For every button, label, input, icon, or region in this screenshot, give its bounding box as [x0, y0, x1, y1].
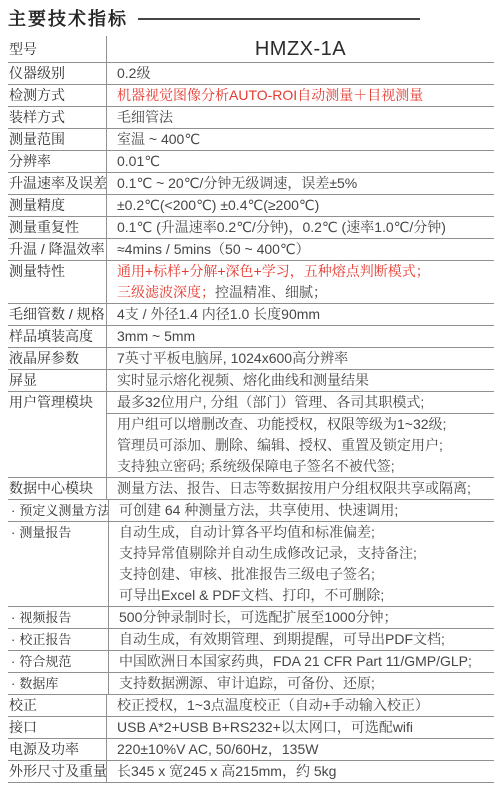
spec-row-model: 型号 HMZX-1A — [8, 36, 494, 63]
spec-value: 3mm ~ 5mm — [106, 326, 494, 347]
spec-value: 支持数据溯源、审计追踪，可备份、还原; — [108, 673, 494, 694]
bullet-dot: · — [11, 632, 15, 647]
spec-row: ·校正报告 自动生成，有效期管理、到期提醒，可导出PDF文档; — [8, 629, 494, 651]
spec-sublabel: ·数据库 — [8, 673, 108, 694]
spec-row: ·数据库 支持数据溯源、审计追踪，可备份、还原; — [8, 673, 494, 695]
spec-row: 屏显 实时显示熔化视频、熔化曲线和测量结果 — [8, 370, 494, 392]
spec-value-line: 支持异常值剔除并自动生成修改记录，支持备注; — [109, 543, 494, 564]
spec-row: 仪器级别 0.2级 — [8, 63, 494, 85]
spec-label: 屏显 — [8, 370, 106, 391]
spec-row: 测量范围 室温 ~ 400℃ — [8, 129, 494, 151]
spec-table: 型号 HMZX-1A 仪器级别 0.2级 检测方式 机器视觉图像分析AUTO-R… — [8, 36, 494, 783]
spec-label: 测量重复性 — [8, 217, 106, 238]
spec-value: 自动生成，有效期管理、到期提醒，可导出PDF文档; — [108, 629, 494, 650]
spec-label-text: 符合规范 — [19, 654, 71, 669]
spec-row: 液晶屏参数 7英寸平板电脑屏, 1024x600高分辨率 — [8, 348, 494, 370]
spec-label: 升温速率及误差 — [8, 173, 106, 194]
spec-label-text: 测量报告 — [19, 525, 71, 540]
spec-value: 220±10%V AC, 50/60Hz，135W — [106, 739, 494, 760]
spec-label: 接口 — [8, 717, 106, 738]
spec-value: 中国欧洲日本国家药典，FDA 21 CFR Part 11/GMP/GLP; — [108, 651, 494, 672]
spec-row: ·符合规范 中国欧洲日本国家药典，FDA 21 CFR Part 11/GMP/… — [8, 651, 494, 673]
page-title: 主要技术指标 — [8, 5, 128, 31]
spec-value-highlight: 机器视觉图像分析AUTO-ROI自动测量＋目视测量 — [106, 85, 494, 106]
spec-value: 实时显示熔化视频、熔化曲线和测量结果 — [106, 370, 494, 391]
spec-label: 毛细管数 / 规格 — [8, 304, 106, 325]
title-underline — [138, 18, 420, 20]
spec-row: 数据中心模块 测量方法、报告、日志等数据按用户分组权限共享或隔离; — [8, 478, 494, 500]
spec-value-multiline: 通用+标样+分解+深色+学习，五种熔点判断模式； 三级滤波深度；控温精准、细腻； — [106, 261, 494, 303]
spec-label: 测量精度 — [8, 195, 106, 216]
spec-value-line: 管理员可添加、删除、编辑、授权、重置及锁定用户; — [107, 435, 494, 456]
spec-value-line: 支持独立密码; 系统级保障电子签名不被代签; — [107, 456, 494, 477]
spec-row: ·视频报告 500分钟录制时长，可选配扩展至1000分钟； — [8, 607, 494, 629]
spec-sublabel: ·测量报告 — [8, 522, 108, 606]
spec-label-text: 预定义测量方法 — [19, 503, 108, 518]
spec-row: 电源及功率 220±10%V AC, 50/60Hz，135W — [8, 739, 494, 761]
spec-row-user-management: 用户管理模块 最多32位用户, 分组（部门）管理、各司其职模式; 用户组可以增删… — [8, 392, 494, 478]
spec-value-line: 通用+标样+分解+深色+学习，五种熔点判断模式； — [107, 261, 494, 282]
spec-value: 长345 x 宽245 x 高215mm，约 5kg — [106, 761, 494, 782]
spec-label: 型号 — [8, 36, 106, 62]
spec-value: 0.1℃ ~ 20℃/分钟无级调速，误差±5% — [106, 173, 494, 194]
spec-value: USB A*2+USB B+RS232+以太网口，可选配wifi — [106, 717, 494, 738]
spec-value-line: 用户组可以增删改查、功能授权，权限等级为1~32级; — [107, 414, 494, 435]
bullet-dot: · — [11, 654, 15, 669]
spec-label: 升温 / 降温效率 — [8, 239, 106, 260]
spec-value: ±0.2℃(<200℃) ±0.4℃(≥200℃) — [106, 195, 494, 216]
bullet-dot: · — [11, 610, 15, 625]
spec-row: 接口 USB A*2+USB B+RS232+以太网口，可选配wifi — [8, 717, 494, 739]
spec-value: 4支 / 外径1.4 内径1.0 长度90mm — [106, 304, 494, 325]
spec-label-text: 校正报告 — [19, 632, 71, 647]
spec-value: 7英寸平板电脑屏, 1024x600高分辨率 — [106, 348, 494, 369]
spec-value: 校正授权，1~3点温度校正（自动+手动输入校正） — [106, 695, 494, 716]
spec-label: 数据中心模块 — [8, 478, 106, 499]
spec-row: 测量重复性 0.1℃ (升温速率0.2℃/分钟)，0.2℃ (速率1.0℃/分钟… — [8, 217, 494, 239]
spec-value: 0.2级 — [106, 63, 494, 84]
spec-row: 样品填装高度 3mm ~ 5mm — [8, 326, 494, 348]
spec-label: 检测方式 — [8, 85, 106, 106]
spec-value-line: 自动生成，自动计算各平均值和标准偏差; — [109, 522, 494, 543]
spec-row: ·预定义测量方法 可创建 64 种测量方法，共享使用、快速调用; — [8, 500, 494, 522]
spec-value-dark-segment: 控温精准、细腻； — [215, 284, 327, 300]
spec-value-multiline: 最多32位用户, 分组（部门）管理、各司其职模式; 用户组可以增删改查、功能授权… — [106, 392, 494, 477]
spec-value: 室温 ~ 400℃ — [106, 129, 494, 150]
spec-value-line: 可导出Excel & PDF文档、打印，不可删除; — [109, 585, 494, 606]
spec-value: 可创建 64 种测量方法，共享使用、快速调用; — [108, 500, 494, 521]
spec-sublabel: ·视频报告 — [8, 607, 108, 628]
spec-value-line: 最多32位用户, 分组（部门）管理、各司其职模式; — [107, 392, 494, 414]
spec-row: 分辨率 0.01℃ — [8, 151, 494, 173]
spec-row: 毛细管数 / 规格 4支 / 外径1.4 内径1.0 长度90mm — [8, 304, 494, 326]
spec-sublabel: ·校正报告 — [8, 629, 108, 650]
spec-label-text: 视频报告 — [19, 610, 71, 625]
spec-label: 分辨率 — [8, 151, 106, 172]
bullet-dot: · — [11, 503, 15, 518]
spec-row: 外形尺寸及重量 长345 x 宽245 x 高215mm，约 5kg — [8, 761, 494, 783]
spec-label: 仪器级别 — [8, 63, 106, 84]
spec-sublabel: ·符合规范 — [8, 651, 108, 672]
spec-label: 装样方式 — [8, 107, 106, 128]
spec-label: 外形尺寸及重量 — [8, 761, 106, 782]
spec-row-measure-report: ·测量报告 自动生成，自动计算各平均值和标准偏差; 支持异常值剔除并自动生成修改… — [8, 522, 494, 607]
spec-row: 升温速率及误差 0.1℃ ~ 20℃/分钟无级调速，误差±5% — [8, 173, 494, 195]
bullet-dot: · — [11, 525, 15, 540]
spec-label: 液晶屏参数 — [8, 348, 106, 369]
spec-value-multiline: 自动生成，自动计算各平均值和标准偏差; 支持异常值剔除并自动生成修改记录，支持备… — [108, 522, 494, 606]
spec-value-line: 三级滤波深度；控温精准、细腻； — [107, 282, 494, 303]
spec-label: 测量特性 — [8, 261, 106, 303]
spec-value: 毛细管法 — [106, 107, 494, 128]
spec-value: ≈4mins / 5mins（50 ~ 400℃） — [106, 239, 494, 260]
spec-value: 测量方法、报告、日志等数据按用户分组权限共享或隔离; — [106, 478, 494, 499]
spec-row: 测量精度 ±0.2℃(<200℃) ±0.4℃(≥200℃) — [8, 195, 494, 217]
spec-row: 检测方式 机器视觉图像分析AUTO-ROI自动测量＋目视测量 — [8, 85, 494, 107]
title-bar: 主要技术指标 — [8, 5, 494, 31]
spec-value-red-segment: 三级滤波深度； — [117, 284, 215, 300]
spec-label: 用户管理模块 — [8, 392, 106, 477]
spec-value: 0.1℃ (升温速率0.2℃/分钟)，0.2℃ (速率1.0℃/分钟) — [106, 217, 494, 238]
spec-label: 测量范围 — [8, 129, 106, 150]
spec-row: 升温 / 降温效率 ≈4mins / 5mins（50 ~ 400℃） — [8, 239, 494, 261]
spec-page: 主要技术指标 型号 HMZX-1A 仪器级别 0.2级 检测方式 机器视觉图像分… — [0, 0, 502, 783]
model-value: HMZX-1A — [106, 36, 494, 62]
spec-value-line: 支持创建、审核、批准报告三级电子签名; — [109, 564, 494, 585]
spec-row: 装样方式 毛细管法 — [8, 107, 494, 129]
spec-value: 500分钟录制时长，可选配扩展至1000分钟； — [108, 607, 494, 628]
spec-row: 校正 校正授权，1~3点温度校正（自动+手动输入校正） — [8, 695, 494, 717]
spec-label-text: 数据库 — [19, 676, 58, 691]
spec-label: 样品填装高度 — [8, 326, 106, 347]
spec-sublabel: ·预定义测量方法 — [8, 500, 108, 521]
bullet-dot: · — [11, 676, 15, 691]
spec-label: 电源及功率 — [8, 739, 106, 760]
spec-label: 校正 — [8, 695, 106, 716]
spec-value: 0.01℃ — [106, 151, 494, 172]
spec-row-measure-traits: 测量特性 通用+标样+分解+深色+学习，五种熔点判断模式； 三级滤波深度；控温精… — [8, 261, 494, 304]
